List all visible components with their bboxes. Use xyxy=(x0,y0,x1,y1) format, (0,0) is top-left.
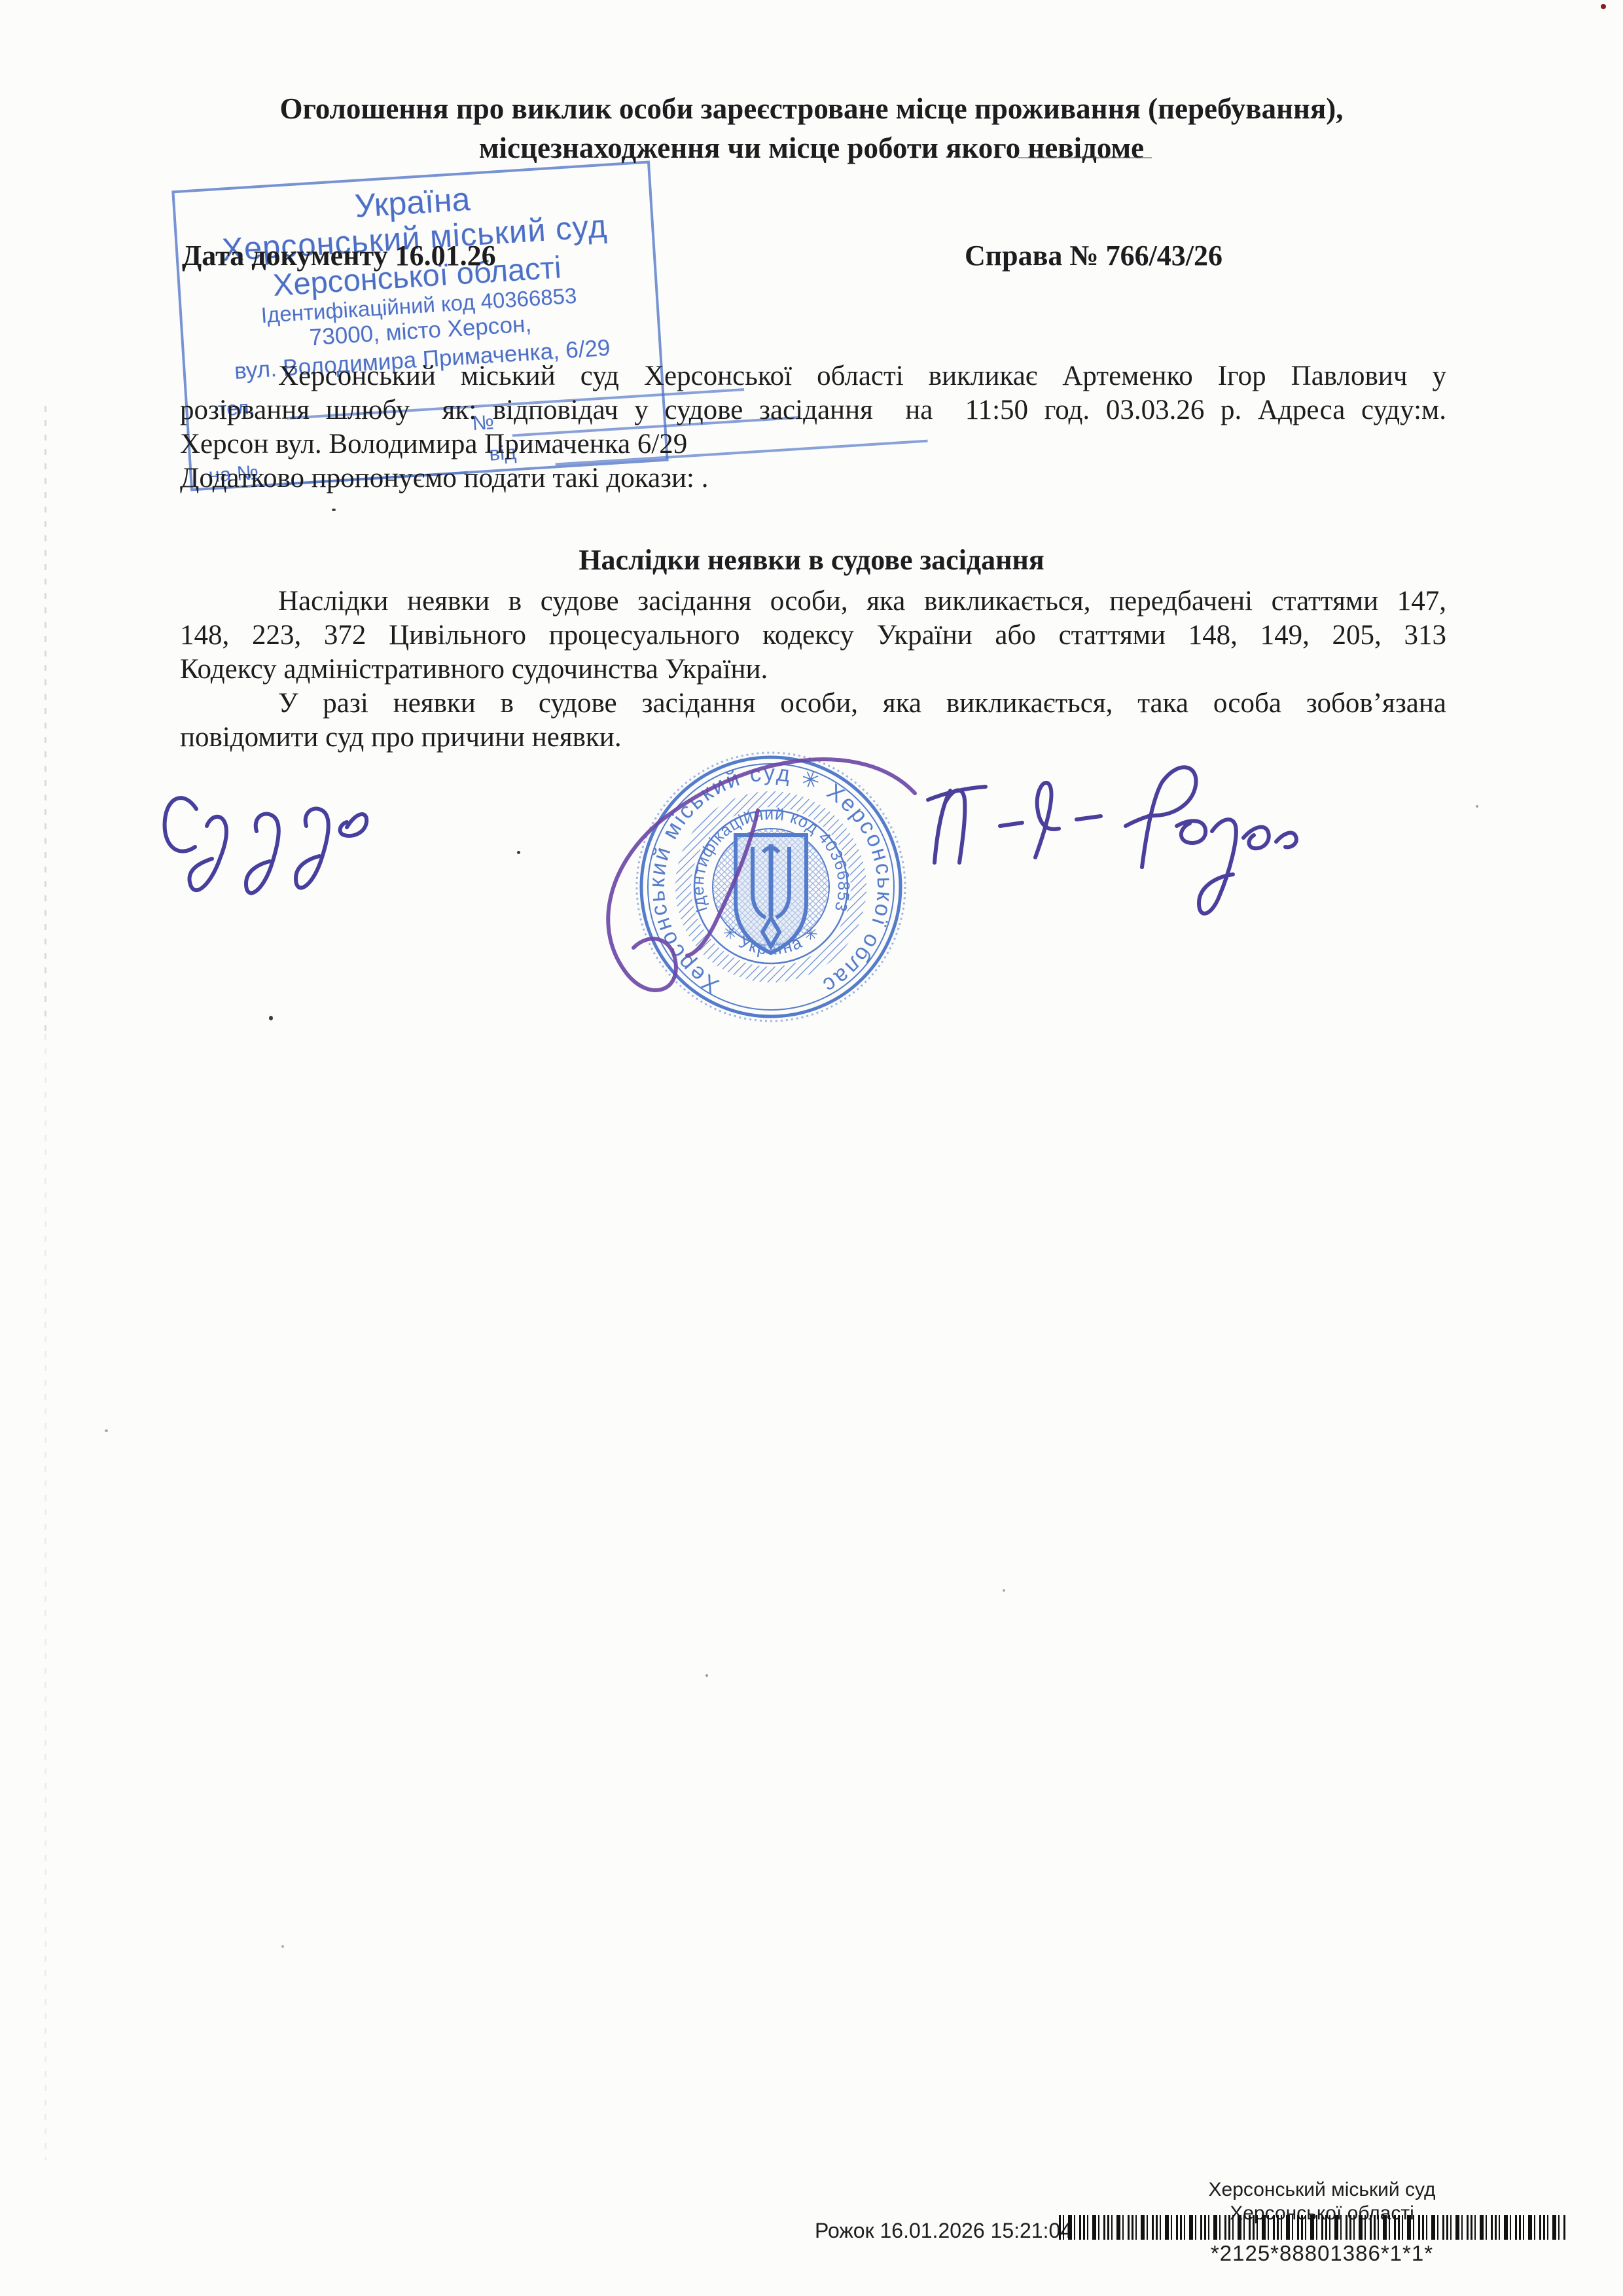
judge-signature xyxy=(928,767,1296,913)
document-title-line-2: місцезнаходження чи місце роботи якого н… xyxy=(0,131,1623,165)
pen-underline-artifact xyxy=(1018,157,1152,158)
scan-speck xyxy=(269,1016,273,1020)
footer-court-line-1: Херсонський міський суд xyxy=(1126,2178,1518,2202)
case-number: Справа № 766/43/26 xyxy=(965,239,1222,273)
judge-handwritten-word xyxy=(165,798,367,893)
svg-text:✳ Україна ✳: ✳ Україна ✳ xyxy=(718,921,824,959)
barcode-value: *2125*88801386*1*1* xyxy=(1126,2241,1518,2266)
body-paragraph-3-line-2: повідомити суд про причини неявки. xyxy=(180,721,1446,755)
scan-operator-timestamp: Рожок 16.01.2026 15:21:04 xyxy=(815,2219,1057,2243)
scan-speck xyxy=(332,509,336,511)
scan-speck xyxy=(705,1674,708,1677)
body-paragraph-1-line-4: Додатково пропонуємо подати такі докази:… xyxy=(180,461,1446,495)
scanned-court-document-page: Оголошення про виклик особи зареєстрован… xyxy=(0,0,1623,2296)
scan-speck xyxy=(105,1429,108,1432)
body-paragraph-1-line-3: Херсон вул. Володимира Примаченка 6/29 xyxy=(180,427,1446,461)
body-paragraph-3-line-1: У разі неявки в судове засідання особи, … xyxy=(180,687,1446,721)
scan-speck xyxy=(281,1945,284,1948)
scan-artifact-dashed-line xyxy=(45,406,46,1034)
document-title-line-1: Оголошення про виклик особи зареєстрован… xyxy=(0,92,1623,126)
body-paragraph-2-line-2: 148, 223, 372 Цивільного процесуального … xyxy=(180,619,1446,653)
seal-country-text: ✳ Україна ✳ xyxy=(718,921,824,959)
scan-speck xyxy=(1003,1589,1005,1592)
seal-id-code-text: Ідентифікаційний код 40366853 xyxy=(689,805,853,914)
svg-text:Ідентифікаційний код 40366853: Ідентифікаційний код 40366853 xyxy=(689,805,853,914)
section-heading: Наслідки неявки в судове засідання xyxy=(0,543,1623,577)
barcode xyxy=(1059,2215,1567,2240)
body-paragraph-2-line-1: Наслідки неявки в судове засідання особи… xyxy=(180,584,1446,619)
scan-speck xyxy=(1476,805,1478,808)
document-date: Дата документу 16.01.26 xyxy=(182,239,496,273)
body-paragraph-1-line-1: Херсонський міський суд Херсонської обла… xyxy=(180,359,1446,393)
scan-speck xyxy=(1601,4,1606,9)
body-paragraph-2-line-3: Кодексу адміністративного судочинства Ук… xyxy=(180,653,1446,687)
trident-emblem xyxy=(736,835,806,953)
body-paragraph-1-line-2: розірвання шлюбу як: відповідач у судове… xyxy=(180,393,1446,427)
scan-artifact-dashed-line xyxy=(45,1034,46,2160)
scan-speck xyxy=(517,851,520,854)
pen-signature-over-seal xyxy=(608,759,915,990)
